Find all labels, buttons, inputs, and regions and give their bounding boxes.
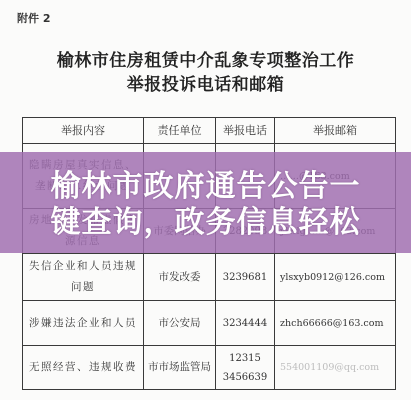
- table-row: 无照经营、违规收费 市市场监管局 12315 3456639 554001109…: [23, 346, 396, 390]
- table-header-row: 举报内容 责任单位 举报电话 举报邮箱: [23, 118, 396, 144]
- cell-email: ylsxyb0912@126.com: [275, 254, 396, 301]
- document-title-line2: 举报投诉电话和邮箱: [0, 70, 411, 95]
- cell-unit: 市市场监管局: [144, 346, 216, 390]
- header-report-email: 举报邮箱: [275, 118, 396, 144]
- cell-email: zhch66666@163.com: [275, 301, 396, 346]
- cell-content: 失信企业和人员违规问题: [23, 254, 144, 301]
- banner-headline-line2: 键查询，政务信息轻松: [0, 197, 411, 241]
- table-row: 涉嫌违法企业和人员 市公安局 3234444 zhch66666@163.com: [23, 301, 396, 346]
- cell-content: 涉嫌违法企业和人员: [23, 301, 144, 346]
- header-report-phone: 举报电话: [216, 118, 275, 144]
- cell-unit: 市发改委: [144, 254, 216, 301]
- attachment-label: 附件 2: [17, 10, 50, 26]
- cell-phone: 3234444: [216, 301, 275, 346]
- cell-unit: 市公安局: [144, 301, 216, 346]
- cell-content: 无照经营、违规收费: [23, 346, 144, 390]
- cell-phone: 12315 3456639: [216, 346, 275, 390]
- document-title-line1: 榆林市住房租赁中介乱象专项整治工作: [0, 46, 411, 71]
- header-responsible-unit: 责任单位: [144, 118, 216, 144]
- cell-email: 554001109@qq.com: [275, 346, 396, 390]
- table-row: 失信企业和人员违规问题 市发改委 3239681 ylsxyb0912@126.…: [23, 254, 396, 301]
- header-report-content: 举报内容: [23, 118, 144, 144]
- cell-phone: 3239681: [216, 254, 275, 301]
